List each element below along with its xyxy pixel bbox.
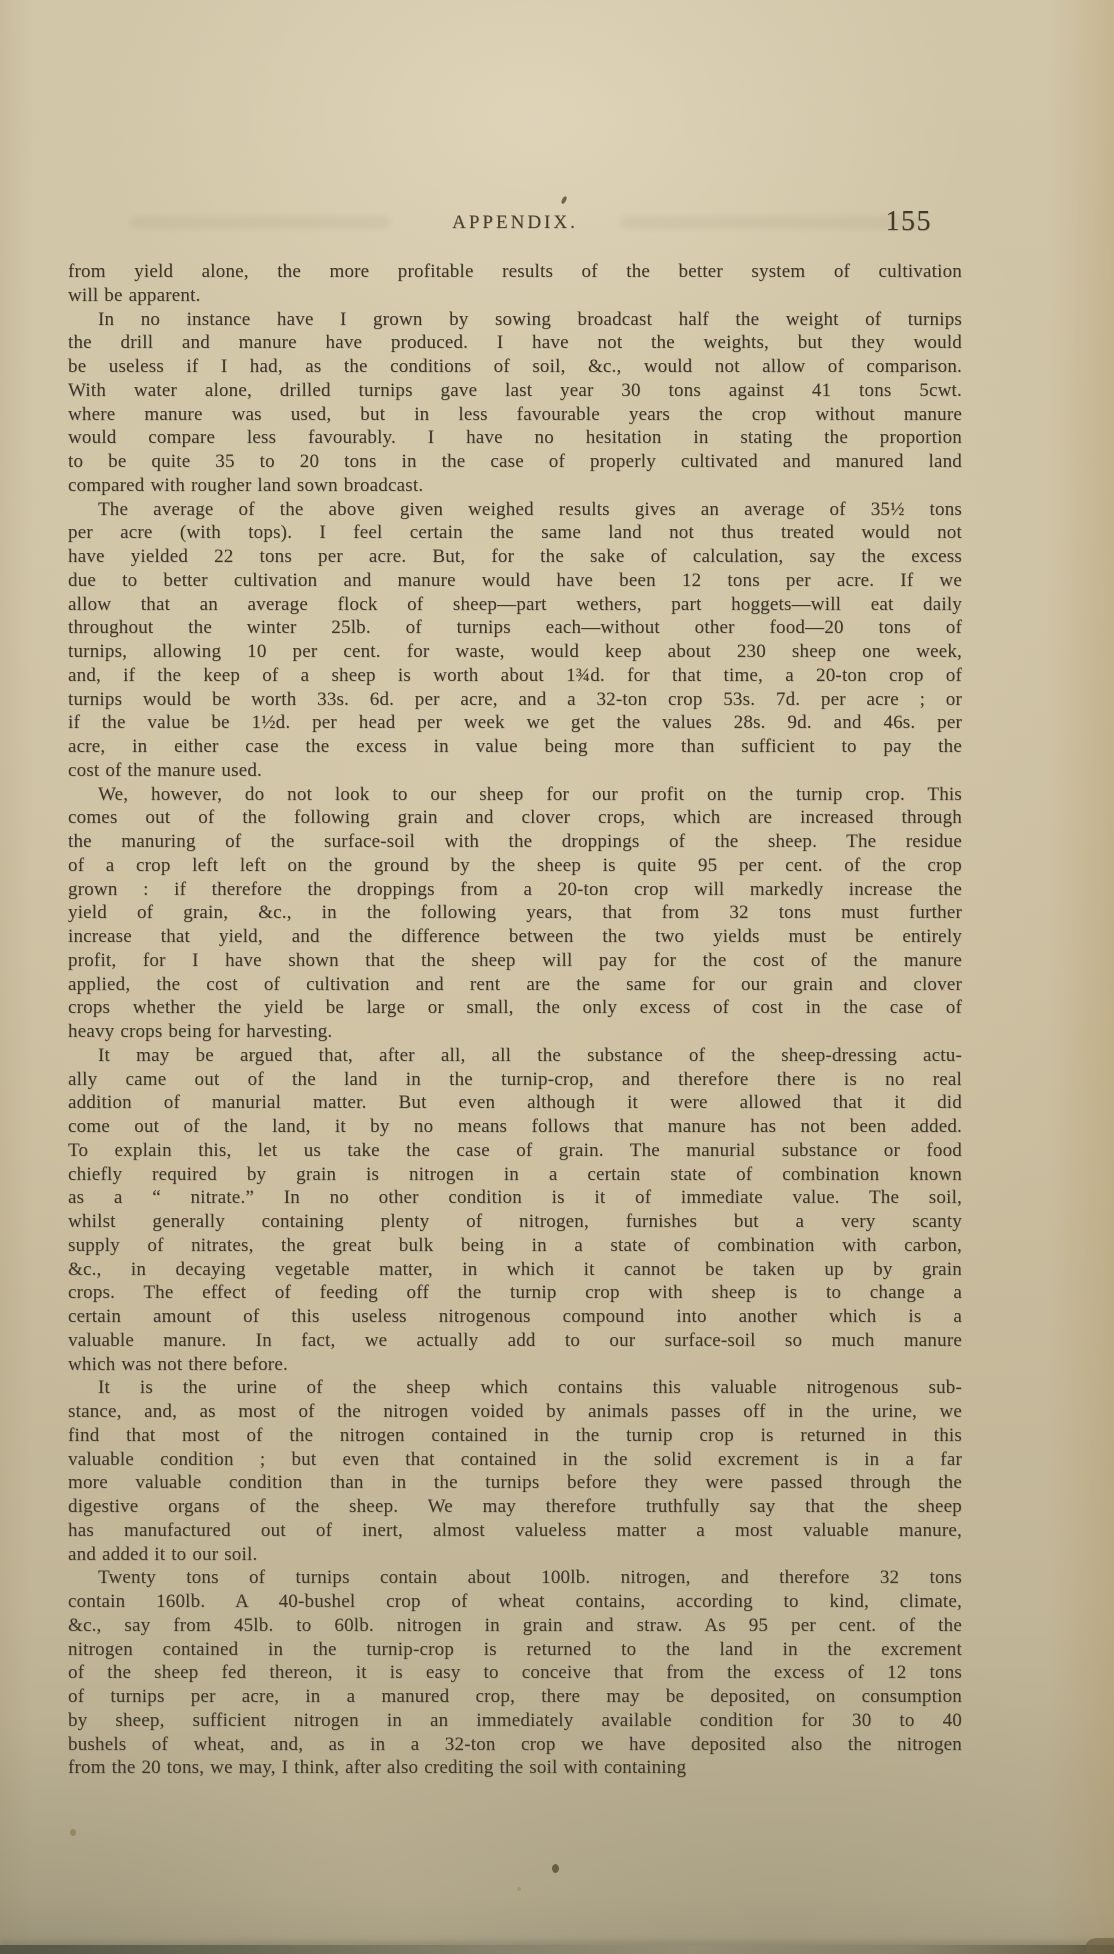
text-line: will be apparent. [68,284,962,308]
text-line: find that most of the nitrogen contained… [68,1424,962,1448]
book-page-scan: APPENDIX. 155 from yield alone, the more… [0,0,1114,1954]
text-line: and, if the keep of a sheep is worth abo… [68,664,962,688]
text-line: ally came out of the land in the turnip-… [68,1068,962,1092]
page-number: 155 [886,206,933,238]
text-line: increase that yield, and the difference … [68,925,962,949]
text-line: applied, the cost of cultivation and ren… [68,973,962,997]
text-line: per acre (with tops). I feel certain the… [68,521,962,545]
text-line: chiefly required by grain is nitrogen in… [68,1163,962,1187]
text-line: profit, for I have shown that the sheep … [68,949,962,973]
text-line: bushels of wheat, and, as in a 32-ton cr… [68,1733,962,1757]
text-line: as a “ nitrate.” In no other condition i… [68,1186,962,1210]
text-line: from yield alone, the more profitable re… [68,260,962,284]
text-line: whilst generally containing plenty of ni… [68,1210,962,1234]
paragraph: We, however, do not look to our sheep fo… [68,783,962,1044]
text-line: compared with rougher land sown broadcas… [68,474,962,498]
text-line: turnips would be worth 33s. 6d. per acre… [68,688,962,712]
text-line: throughout the winter 25lb. of turnips e… [68,616,962,640]
text-line: comes out of the following grain and clo… [68,806,962,830]
text-line: &c., in decaying vegetable matter, in wh… [68,1258,962,1282]
text-line: of the sheep fed thereon, it is easy to … [68,1661,962,1685]
text-line: We, however, do not look to our sheep fo… [68,783,962,807]
scan-corner-shadow [1086,1938,1114,1954]
text-line: &c., say from 45lb. to 60lb. nitrogen in… [68,1614,962,1638]
paragraph: from yield alone, the more profitable re… [68,260,962,308]
text-line: the drill and manure have produced. I ha… [68,331,962,355]
text-line: to be quite 35 to 20 tons in the case of… [68,450,962,474]
text-line: where manure was used, but in less favou… [68,403,962,427]
text-line: heavy crops being for harvesting. [68,1020,962,1044]
text-line: To explain this, let us take the case of… [68,1139,962,1163]
text-line: which was not there before. [68,1353,962,1377]
text-line: more valuable condition than in the turn… [68,1471,962,1495]
text-line: With water alone, drilled turnips gave l… [68,379,962,403]
text-line: of turnips per acre, in a manured crop, … [68,1685,962,1709]
page-header: APPENDIX. 155 [68,202,962,236]
text-line: has manufactured out of inert, almost va… [68,1519,962,1543]
text-line: grown : if therefore the droppings from … [68,878,962,902]
paragraph: The average of the above given weighed r… [68,498,962,783]
paper-speck [70,1829,76,1836]
text-line: if the value be 1½d. per head per week w… [68,711,962,735]
paragraph: In no instance have I grown by sowing br… [68,308,962,498]
paper-speck [517,1887,521,1891]
text-line: Twenty tons of turnips contain about 100… [68,1566,962,1590]
text-line: and added it to our soil. [68,1543,962,1567]
paragraph: It is the urine of the sheep which conta… [68,1376,962,1566]
text-line: stance, and, as most of the nitrogen voi… [68,1400,962,1424]
text-line: of a crop left left on the ground by the… [68,854,962,878]
text-line: nitrogen contained in the turnip-crop is… [68,1638,962,1662]
text-line: allow that an average flock of sheep—par… [68,593,962,617]
text-line: yield of grain, &c., in the following ye… [68,901,962,925]
text-line: from the 20 tons, we may, I think, after… [68,1756,962,1780]
text-line: In no instance have I grown by sowing br… [68,308,962,332]
text-line: addition of manurial matter. But even al… [68,1091,962,1115]
text-line: The average of the above given weighed r… [68,498,962,522]
text-line: due to better cultivation and manure wou… [68,569,962,593]
text-line: It may be argued that, after all, all th… [68,1044,962,1068]
text-line: supply of nitrates, the great bulk being… [68,1234,962,1258]
text-line: It is the urine of the sheep which conta… [68,1376,962,1400]
scan-bottom-edge-shadow [0,1945,1114,1954]
text-line: crops whether the yield be large or smal… [68,996,962,1020]
running-header-title: APPENDIX. [452,212,578,234]
text-line: be useless if I had, as the conditions o… [68,355,962,379]
text-line: by sheep, sufficient nitrogen in an imme… [68,1709,962,1733]
page-body-text: from yield alone, the more profitable re… [68,260,962,1780]
text-line: certain amount of this useless nitrogeno… [68,1305,962,1329]
text-line: valuable manure. In fact, we actually ad… [68,1329,962,1353]
text-line: valuable condition ; but even that conta… [68,1448,962,1472]
paper-speck [552,1864,559,1873]
paragraph: It may be argued that, after all, all th… [68,1044,962,1377]
text-line: acre, in either case the excess in value… [68,735,962,759]
text-line: the manuring of the surface-soil with th… [68,830,962,854]
text-line: digestive organs of the sheep. We may th… [68,1495,962,1519]
text-line: have yielded 22 tons per acre. But, for … [68,545,962,569]
text-line: contain 160lb. A 40-bushel crop of wheat… [68,1590,962,1614]
text-line: come out of the land, it by no means fol… [68,1115,962,1139]
text-line: crops. The effect of feeding off the tur… [68,1281,962,1305]
text-line: turnips, allowing 10 per cent. for waste… [68,640,962,664]
text-line: would compare less favourably. I have no… [68,426,962,450]
paragraph: Twenty tons of turnips contain about 100… [68,1566,962,1780]
text-line: cost of the manure used. [68,759,962,783]
